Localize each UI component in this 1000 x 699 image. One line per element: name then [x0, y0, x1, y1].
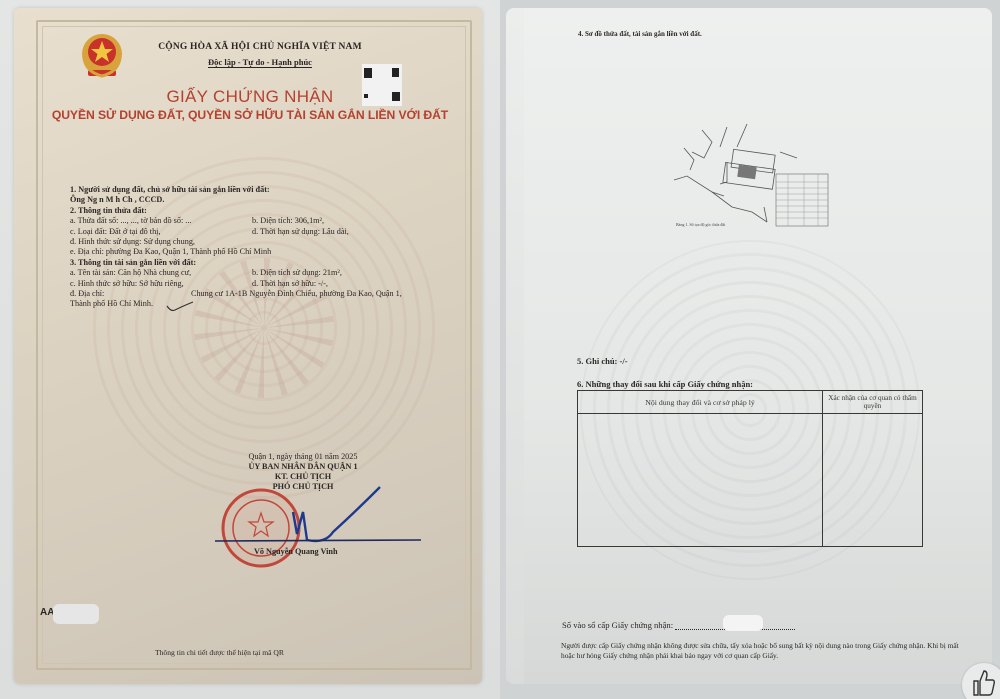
- section1-heading: 1. Người sử dụng đất, chủ sở hữu tài sản…: [70, 185, 470, 195]
- certificate-subtitle: QUYỀN SỬ DỤNG ĐẤT, QUYỀN SỞ HỮU TÀI SẢN …: [40, 108, 460, 122]
- asset-address: Chung cư 1A-1B Nguyễn Đình Chiểu, phường…: [191, 289, 402, 299]
- changes-cell: [578, 414, 823, 547]
- national-header: CỘNG HÒA XÃ HỘI CHỦ NGHĨA VIỆT NAM Độc l…: [140, 42, 380, 70]
- on-behalf-of: KT. CHỦ TỊCH: [228, 472, 378, 481]
- section5-notes: 5. Ghi chú: -/-: [577, 356, 628, 366]
- ownership-form: c. Hình thức sở hữu: Sở hữu riêng,: [70, 279, 184, 288]
- section4-heading: 4. Sơ đồ thửa đất, tài sản gắn liền với …: [578, 30, 702, 38]
- signer-name: Võ Nguyễn Quang Vinh: [254, 547, 338, 556]
- registry-label: Số vào sổ cấp Giấy chứng nhận:: [562, 620, 673, 630]
- registry-number-redacted: [723, 615, 763, 631]
- certificate-details: 1. Người sử dụng đất, chủ sở hữu tài sản…: [70, 185, 470, 310]
- column-header-confirmation: Xác nhận của cơ quan có thẩm quyền: [823, 391, 923, 414]
- asset-address-cont: Thành phố Hồ Chí Minh.: [70, 299, 470, 309]
- owner-name: Ông Ng n M h Ch , CCCD.: [70, 195, 470, 205]
- land-address: e. Địa chỉ: phường Đa Kao, Quận 1, Thành…: [70, 247, 470, 257]
- section2-heading: 2. Thông tin thửa đất:: [70, 206, 470, 216]
- parcel-number: a. Thửa đất số: ..., ..., tờ bản đồ số: …: [70, 216, 191, 225]
- asset-address-label: đ. Địa chỉ:: [70, 289, 104, 298]
- thumbs-up-icon: [971, 669, 997, 697]
- certificate-title: GIẤY CHỨNG NHẬN: [100, 87, 400, 107]
- land-parcel-diagram: Bảng 1. Số tọa độ góc thửa đất: [672, 122, 832, 230]
- like-button[interactable]: [962, 663, 1000, 699]
- asset-area: b. Diện tích sử dụng: 21m²,: [252, 268, 342, 278]
- issuing-authority: ỦY BAN NHÂN DÂN QUẬN 1: [228, 462, 378, 471]
- changes-table: Nội dung thay đổi và cơ sở pháp lý Xác n…: [577, 390, 923, 547]
- land-use-form: đ. Hình thức sử dụng: Sử dụng chung,: [70, 237, 470, 247]
- asset-name: a. Tên tài sản: Căn hộ Nhà chung cư,: [70, 268, 191, 277]
- land-type: c. Loại đất: Đất ở tại đô thị,: [70, 227, 161, 236]
- column-header-changes: Nội dung thay đổi và cơ sở pháp lý: [578, 391, 823, 414]
- holder-warning-note: Người được cấp Giấy chứng nhận không đượ…: [561, 641, 971, 661]
- section6-heading: 6. Những thay đổi sau khi cấp Giấy chứng…: [577, 379, 753, 389]
- land-use-term: d. Thời hạn sử dụng: Lâu dài,: [252, 227, 349, 237]
- section3-heading: 3. Thông tin tài sản gắn liền với đất:: [70, 258, 470, 268]
- land-area: b. Diện tích: 306,1m²,: [252, 216, 324, 226]
- map-caption: Bảng 1. Số tọa độ góc thửa đất: [676, 222, 726, 227]
- ownership-term: d. Thời hạn sở hữu: -/-,: [252, 279, 328, 289]
- country-name: CỘNG HÒA XÃ HỘI CHỦ NGHĨA VIỆT NAM: [140, 42, 380, 52]
- checkmark-icon: [165, 300, 195, 314]
- national-motto: Độc lập - Tự do - Hạnh phúc: [208, 57, 312, 68]
- national-emblem-icon: [78, 32, 126, 84]
- serial-number-redacted: [53, 604, 99, 624]
- handwritten-signature: [215, 482, 425, 552]
- confirmation-cell: [823, 414, 923, 547]
- qr-footer-note: Thông tin chi tiết được thể hiện tại mã …: [155, 648, 284, 657]
- issue-date: Quận 1, ngày tháng 01 năm 2025: [228, 452, 378, 461]
